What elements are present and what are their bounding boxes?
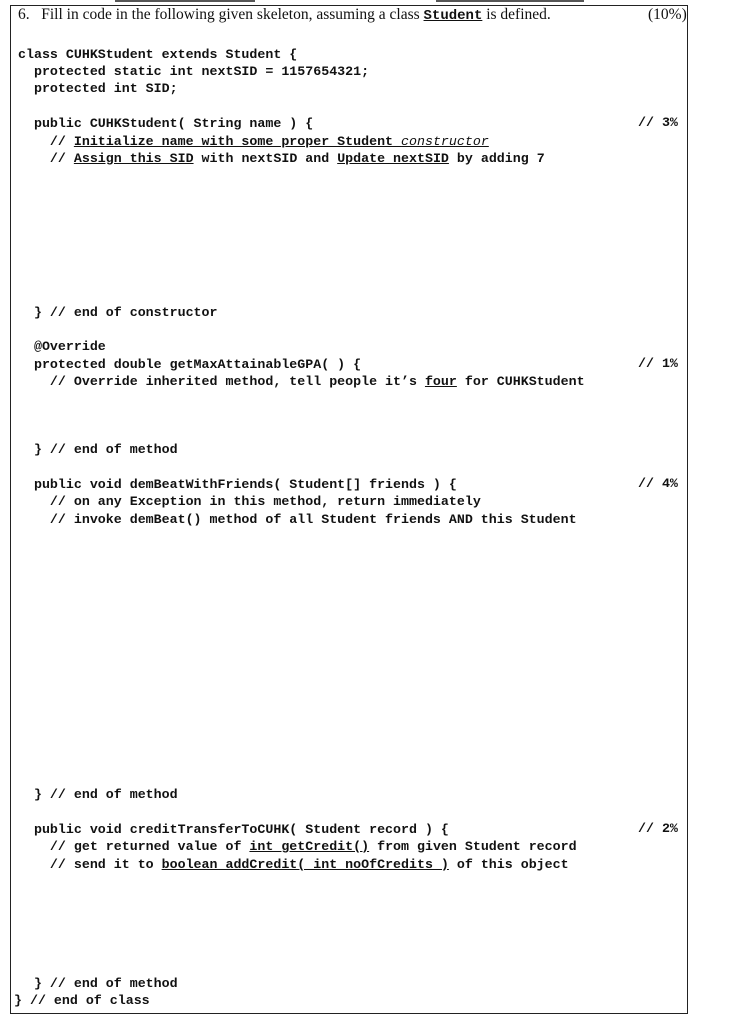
override-annotation: @Override [18,338,106,355]
question-number: 6. [18,6,30,23]
comment-underlined: int getCredit() [249,839,369,854]
credit-method-marks: // 2% [638,821,678,836]
comment-prefix: // Override inherited method, tell peopl… [18,374,425,389]
comment-text: by adding 7 [449,151,545,166]
gpa-method-signature: protected double getMaxAttainableGPA( ) … [18,356,361,373]
constructor-marks: // 3% [638,115,678,130]
credit-comment-2: // send it to boolean addCredit( int noO… [18,856,569,873]
dembeat-method-end: } // end of method [18,786,178,803]
comment-underlined: Initialize name with some proper Student [74,134,401,149]
question-text-after: is defined. [482,6,550,23]
gpa-method-marks: // 1% [638,356,678,371]
dembeat-method-signature: public void demBeatWithFriends( Student[… [18,476,457,493]
class-declaration: class CUHKStudent extends Student { [18,46,297,63]
credit-method-signature: public void creditTransferToCUHK( Studen… [18,821,449,838]
comment-text: for CUHKStudent [457,374,585,389]
comment-italic: constructor [401,134,489,149]
field-sid: protected int SID; [18,80,178,97]
question-text-before: Fill in code in the following given skel… [41,6,423,23]
comment-text: from given Student record [369,839,576,854]
comment-text: of this object [449,857,569,872]
gpa-method-end: } // end of method [18,441,178,458]
class-name: Student [424,8,483,24]
gpa-method-comment: // Override inherited method, tell peopl… [18,373,585,390]
comment-text: with nextSID and [194,151,338,166]
constructor-signature: public CUHKStudent( String name ) { [18,115,313,132]
dembeat-comment-2: // invoke demBeat() method of all Studen… [18,511,577,528]
credit-comment-1: // get returned value of int getCredit()… [18,838,577,855]
comment-underlined: Update nextSID [337,151,449,166]
question-prompt: 6. Fill in code in the following given s… [18,6,551,24]
dembeat-comment-1: // on any Exception in this method, retu… [18,493,481,510]
top-rule-right [436,0,584,2]
dembeat-method-marks: // 4% [638,476,678,491]
comment-prefix: // [18,151,74,166]
comment-underlined: four [425,374,457,389]
comment-prefix: // [18,134,74,149]
comment-underlined: boolean addCredit( int noOfCredits ) [162,857,449,872]
comment-prefix: // get returned value of [18,839,249,854]
underlined-text: Initialize name with some proper Student… [74,134,489,149]
comment-underlined: Assign this SID [74,151,194,166]
constructor-comment-2: // Assign this SID with nextSID and Upda… [18,150,545,167]
question-weight: (10%) [648,6,687,24]
class-end: } // end of class [14,992,150,1009]
constructor-end: } // end of constructor [18,304,218,321]
credit-method-end: } // end of method [18,975,178,992]
top-rule-left [115,0,255,2]
comment-prefix: // send it to [18,857,162,872]
field-next-sid: protected static int nextSID = 115765432… [18,63,369,80]
constructor-comment-1: // Initialize name with some proper Stud… [18,133,489,150]
